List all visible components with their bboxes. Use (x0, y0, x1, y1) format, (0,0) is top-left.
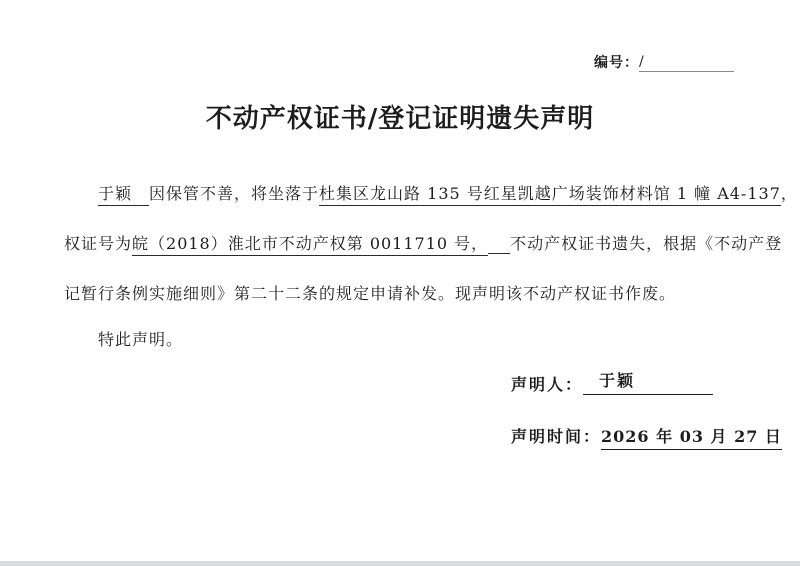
declarant-name-underline: 于颖 (583, 368, 713, 395)
statement-line-2: 权证号为皖（2018）淮北市不动产权第 0011710 号，不动产权证书遗失，根… (64, 234, 782, 254)
property-address: 杜集区龙山路 135 号红星凯越广场装饰材料馆 1 幢 A4-137 (319, 184, 781, 206)
page-bottom-edge (0, 561, 800, 566)
document-title: 不动产权证书/登记证明遗失声明 (0, 98, 800, 135)
closing-line: 特此声明。 (98, 330, 183, 350)
statement-text-b: 权证号为 (64, 234, 132, 253)
document-page: 编号：/ 不动产权证书/登记证明遗失声明 于颖 因保管不善，将坐落于杜集区龙山路… (0, 0, 800, 566)
serial-value-underline: / (639, 54, 734, 72)
statement-line-1: 于颖 因保管不善，将坐落于杜集区龙山路 135 号红星凯越广场装饰材料馆 1 幢… (98, 184, 798, 204)
statement-text-c: 不动产权证书遗失，根据《不动产登 (510, 234, 782, 253)
date-label: 声明时间： (511, 427, 601, 446)
blank-underline (488, 251, 510, 254)
serial-label: 编号： (594, 55, 639, 71)
date-value-underline: 2026 年 03 月 27 日 (601, 427, 782, 450)
serial-number-row: 编号：/ (594, 52, 734, 72)
statement-line-3: 记暂行条例实施细则》第二十二条的规定申请补发。现声明该不动产权证书作废。 (64, 284, 676, 304)
declarant-name-inline: 于颖 (98, 184, 132, 206)
statement-text-a: 因保管不善，将坐落于 (149, 184, 319, 203)
certificate-number: 皖（2018）淮北市不动产权第 0011710 号， (132, 234, 488, 256)
date-row: 声明时间：2026 年 03 月 27 日 (511, 424, 782, 447)
statement-comma: ， (781, 184, 798, 203)
declarant-row: 声明人：于颖 (511, 368, 713, 395)
declarant-label: 声明人： (511, 375, 583, 394)
name-gap-underline (132, 184, 149, 206)
